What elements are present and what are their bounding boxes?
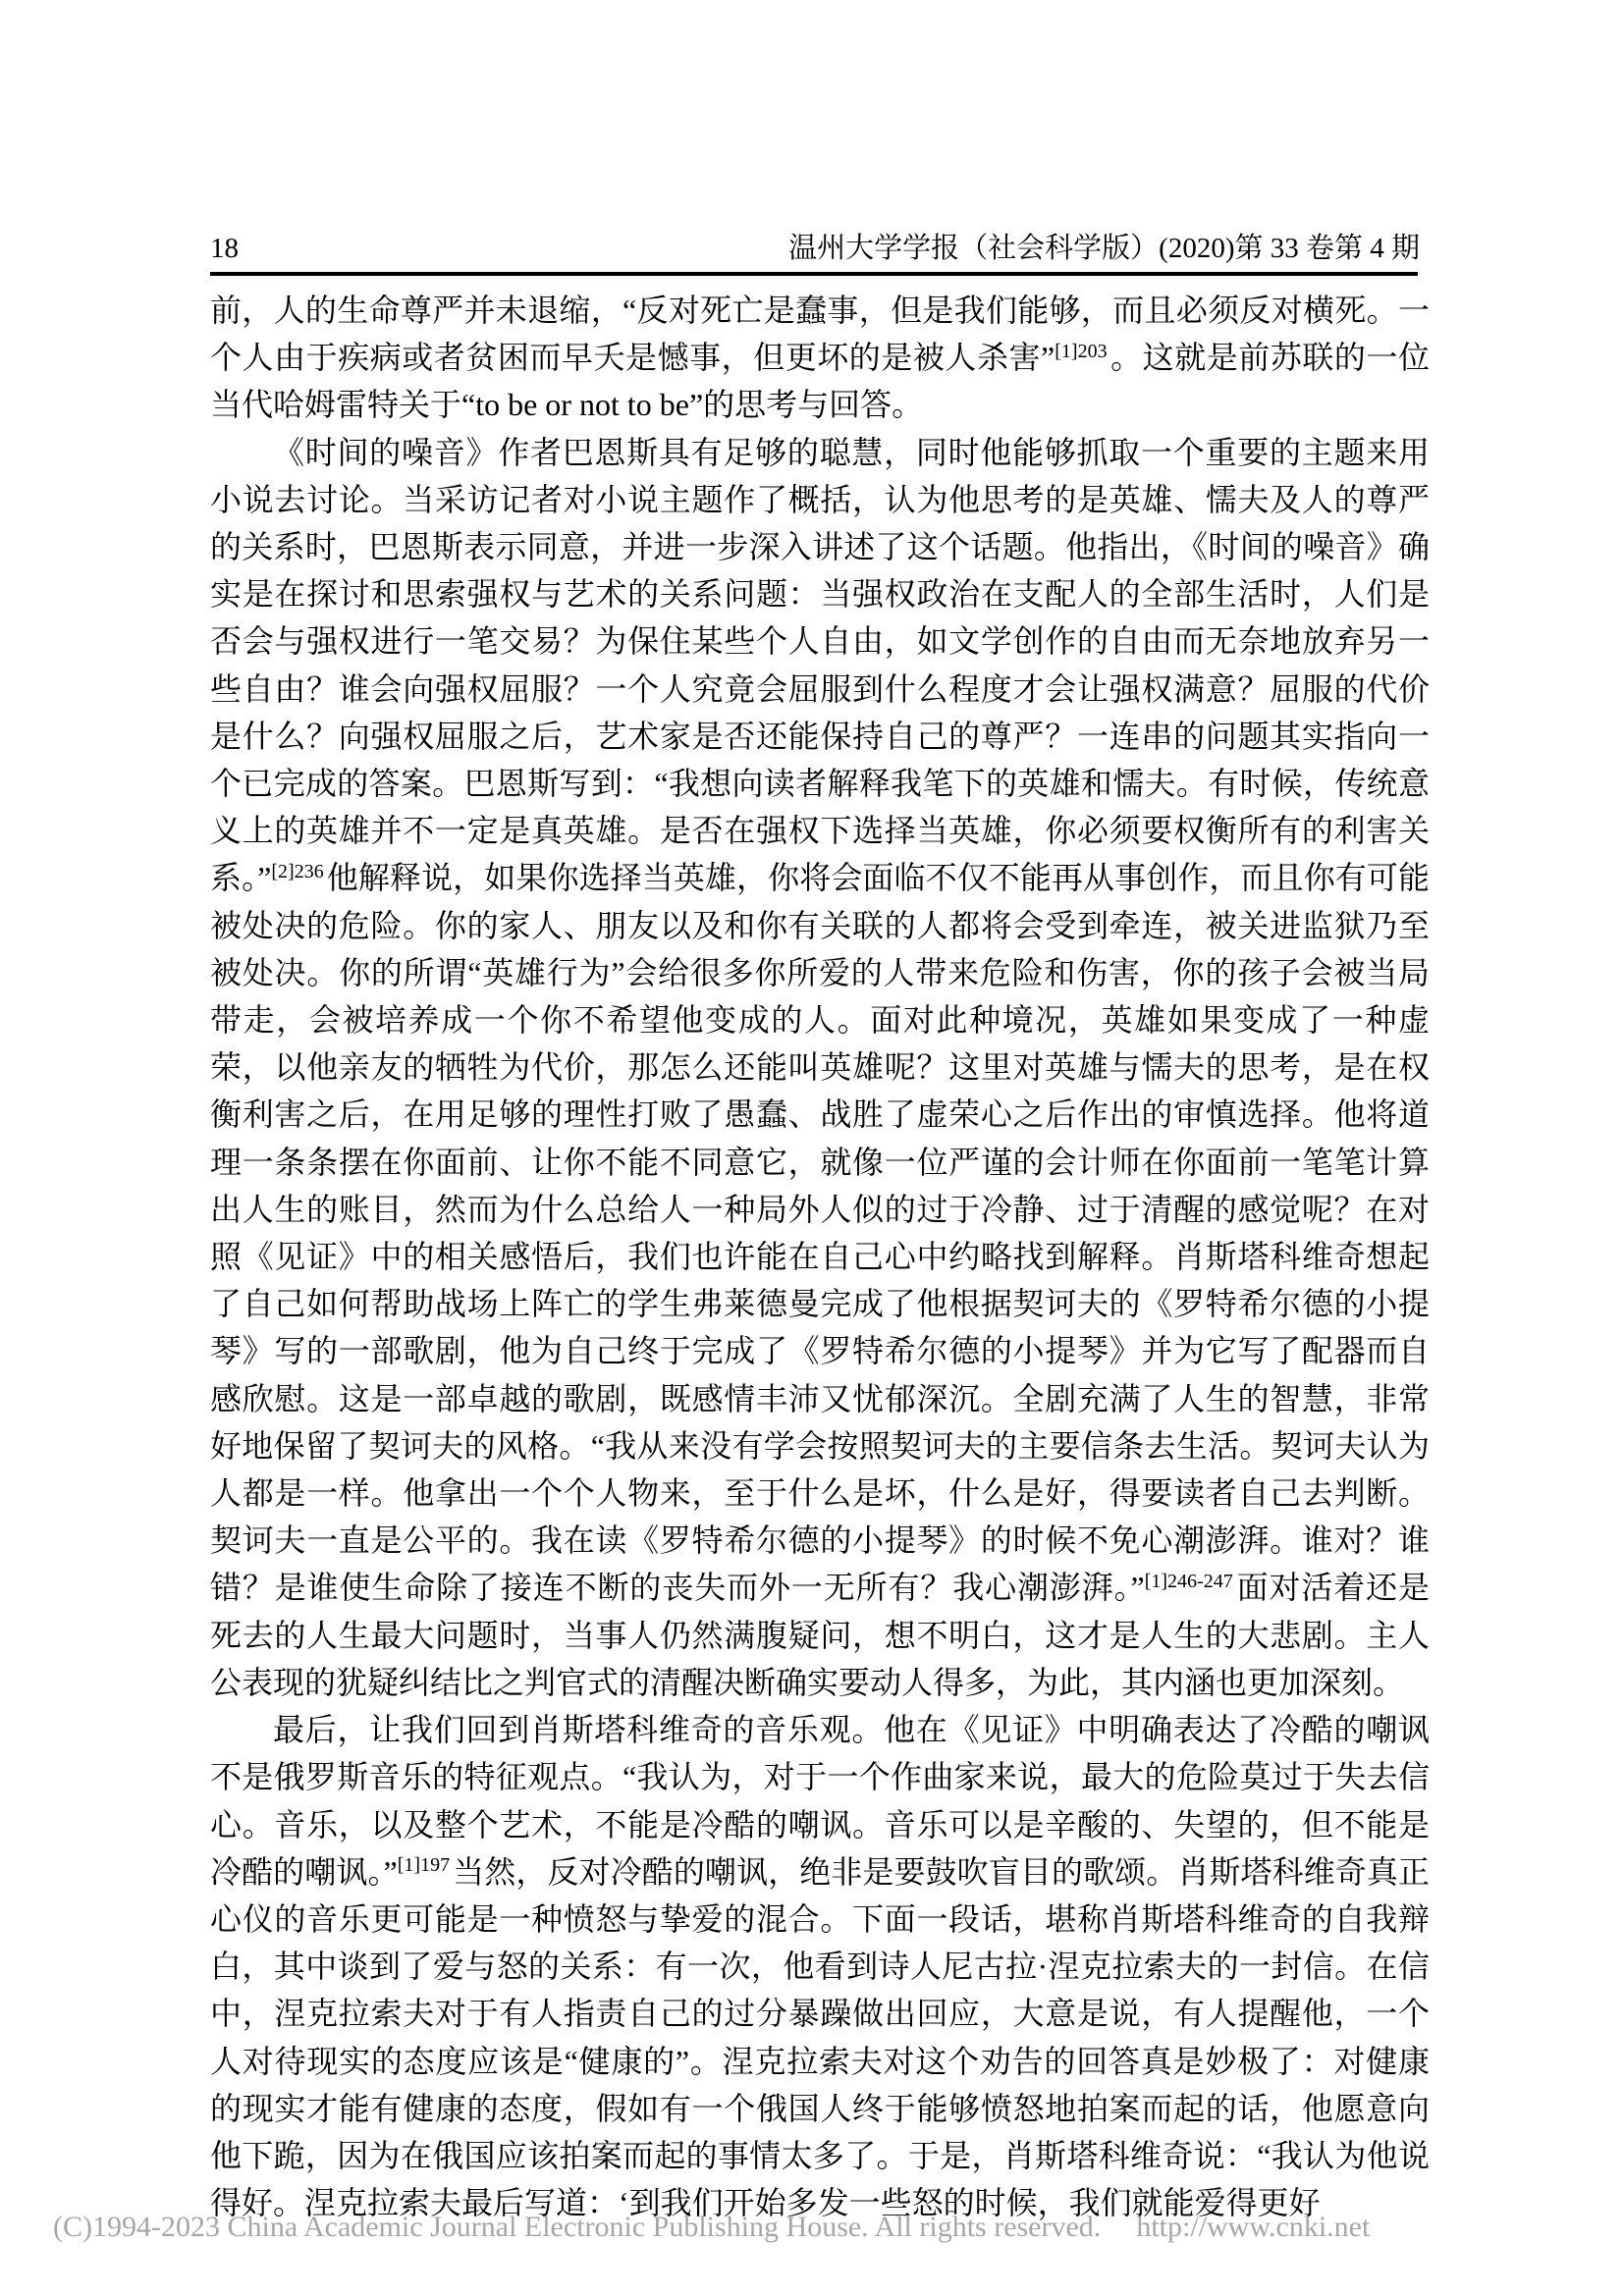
page-header: 18 温州大学学报（社会科学版）(2020)第 33 卷第 4 期 <box>210 232 1420 265</box>
paragraph: 前，人的生命尊严并未退缩，“反对死亡是蠢事，但是我们能够，而且必须反对横死。一个… <box>210 287 1430 429</box>
citation-superscript: [1]203 <box>1055 341 1107 362</box>
citation-superscript: [1]246-247 <box>1145 1571 1233 1592</box>
citation-superscript: [2]236 <box>271 861 323 882</box>
journal-title: 温州大学学报（社会科学版）(2020)第 33 卷第 4 期 <box>788 232 1420 265</box>
journal-page: 18 温州大学学报（社会科学版）(2020)第 33 卷第 4 期 前，人的生命… <box>0 0 1623 2296</box>
article-body: 前，人的生命尊严并未退缩，“反对死亡是蠢事，但是我们能够，而且必须反对横死。一个… <box>210 287 1430 2226</box>
copyright-text: (C)1994-2023 China Academic Journal Elec… <box>53 2211 1101 2243</box>
page-number: 18 <box>210 232 239 265</box>
paragraph: 最后，让我们回到肖斯塔科维奇的音乐观。他在《见证》中明确表达了冷酷的嘲讽不是俄罗… <box>210 1706 1430 2226</box>
citation-superscript: [1]197 <box>398 1854 450 1876</box>
paragraph-text: 他解释说，如果你选择当英雄，你将会面临不仅不能再从事创作，而且你有可能被处决的危… <box>210 860 1430 1605</box>
paragraph-text: 当然，反对冷酷的嘲讽，绝非是要鼓吹盲目的歌颂。肖斯塔科维奇真正心仪的音乐更可能是… <box>210 1854 1430 2220</box>
header-rule <box>210 272 1418 276</box>
paragraph: 《时间的噪音》作者巴恩斯具有足够的聪慧，同时他能够抓取一个重要的主题来用小说去讨… <box>210 429 1430 1706</box>
footer-url: http://www.cnki.net <box>1136 2211 1370 2243</box>
paragraph-text: 《时间的噪音》作者巴恩斯具有足够的聪慧，同时他能够抓取一个重要的主题来用小说去讨… <box>210 435 1430 896</box>
page-footer: (C)1994-2023 China Academic Journal Elec… <box>53 2211 1370 2244</box>
